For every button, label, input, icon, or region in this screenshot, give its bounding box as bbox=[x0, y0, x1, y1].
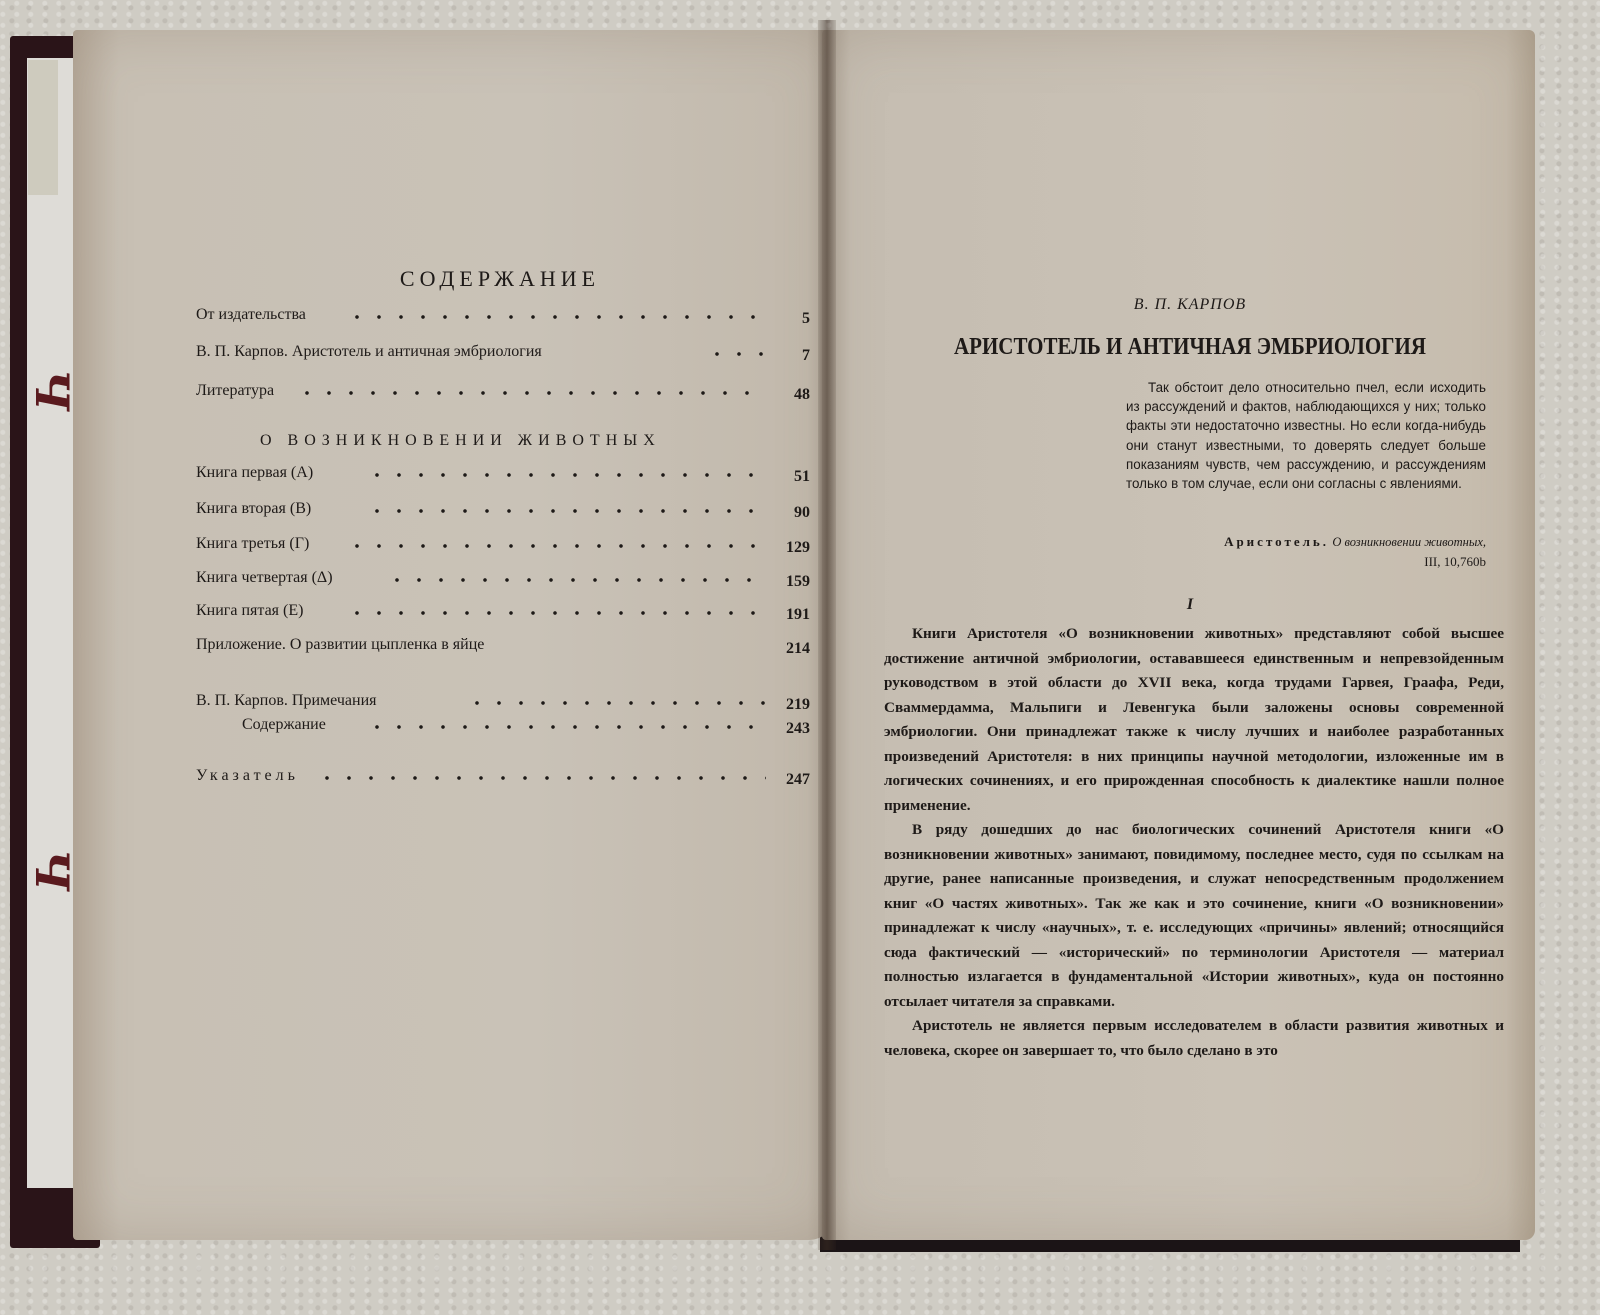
leader-dots bbox=[466, 700, 766, 706]
epigraph-work: О возникновении животных, bbox=[1332, 535, 1486, 549]
book-gutter bbox=[818, 20, 836, 1250]
flyleaf-decoration: Ч bbox=[25, 369, 79, 405]
section-number: I bbox=[880, 596, 1500, 614]
toc-title: СОДЕРЖАНИЕ bbox=[180, 266, 820, 292]
toc-entry-label: Содержание bbox=[242, 716, 326, 734]
paragraph: В ряду дошедших до нас биологических соч… bbox=[884, 818, 1504, 1014]
paragraph: Книги Аристотеля «О возникновении животн… bbox=[884, 622, 1504, 818]
toc-entry-label: Книга третья (Г) bbox=[196, 535, 309, 553]
tape-strip bbox=[28, 60, 58, 195]
toc-entry-page: 214 bbox=[786, 640, 810, 658]
toc-entry: В. П. Карпов. Аристотель и античная эмбр… bbox=[196, 343, 810, 367]
toc-entry-label: В. П. Карпов. Аристотель и античная эмбр… bbox=[196, 343, 542, 361]
toc-entry-label: Литература bbox=[196, 382, 274, 400]
toc-entry-label: Приложение. О развитии цыпленка в яйце bbox=[196, 636, 484, 654]
epigraph-reference: III, 10,760b bbox=[1424, 554, 1486, 569]
toc-entry-label: Книга первая (А) bbox=[196, 464, 313, 482]
toc-entry: Приложение. О развитии цыпленка в яйце 2… bbox=[196, 636, 810, 660]
toc-entry: Книга пятая (Е) 191 bbox=[196, 602, 810, 626]
toc-entry: Книга четвертая (Δ) 159 bbox=[196, 569, 810, 593]
toc-entry-label: Указатель bbox=[196, 767, 299, 785]
leader-dots bbox=[346, 314, 766, 320]
toc-entry: Книга третья (Г) 129 bbox=[196, 535, 810, 559]
toc-entry-label: Книга четвертая (Δ) bbox=[196, 569, 333, 587]
toc-entry-page: 219 bbox=[786, 696, 810, 714]
toc-entry-label: Книга пятая (Е) bbox=[196, 602, 303, 620]
toc-entry-label: В. П. Карпов. Примечания bbox=[196, 692, 376, 710]
article-author: В. П. КАРПОВ bbox=[880, 296, 1500, 314]
toc-entry-label: От издательства bbox=[196, 306, 306, 324]
leader-dots bbox=[386, 577, 766, 583]
article-title: АРИСТОТЕЛЬ И АНТИЧНАЯ ЭМБРИОЛОГИЯ bbox=[880, 332, 1500, 361]
toc-entry: Книга первая (А) 51 bbox=[196, 464, 810, 488]
leader-dots bbox=[346, 610, 766, 616]
toc-entry: Литература 48 bbox=[196, 382, 810, 406]
toc-entry: В. П. Карпов. Примечания 219 bbox=[196, 692, 810, 716]
epigraph-source: Аристотель. О возникновении животных, II… bbox=[1110, 532, 1486, 572]
toc-entry-page: 129 bbox=[786, 539, 810, 557]
toc-entry: От издательства 5 bbox=[196, 306, 810, 330]
article-body: Книги Аристотеля «О возникновении животн… bbox=[884, 622, 1504, 1063]
leader-dots bbox=[316, 775, 766, 781]
toc-section-title: О ВОЗНИКНОВЕНИИ ЖИВОТНЫХ bbox=[260, 432, 760, 450]
toc-entry: Книга вторая (В) 90 bbox=[196, 500, 810, 524]
toc-entry-page: 159 bbox=[786, 573, 810, 591]
leader-dots bbox=[296, 390, 766, 396]
toc-entry-page: 191 bbox=[786, 606, 810, 624]
leader-dots bbox=[366, 508, 766, 514]
left-page bbox=[73, 30, 838, 1240]
epigraph-text: Так обстоит дело относительно пчел, если… bbox=[1126, 378, 1486, 493]
leader-dots bbox=[706, 351, 766, 357]
toc-entry: Содержание 243 bbox=[196, 716, 810, 740]
flyleaf-decoration: Ч bbox=[25, 849, 79, 885]
toc-entry-page: 243 bbox=[786, 720, 810, 738]
paragraph: Аристотель не является первым исследоват… bbox=[884, 1014, 1504, 1063]
leader-dots bbox=[346, 543, 766, 549]
leader-dots bbox=[366, 724, 766, 730]
toc-entry-label: Книга вторая (В) bbox=[196, 500, 311, 518]
toc-entry-page: 90 bbox=[794, 504, 810, 522]
toc-entry-page: 7 bbox=[802, 347, 810, 365]
epigraph: Так обстоит дело относительно пчел, если… bbox=[1126, 378, 1486, 493]
toc-entry-page: 51 bbox=[794, 468, 810, 486]
epigraph-author: Аристотель. bbox=[1224, 534, 1329, 549]
leader-dots bbox=[366, 472, 766, 478]
toc-entry-page: 247 bbox=[786, 771, 810, 789]
toc-entry-page: 48 bbox=[794, 386, 810, 404]
toc-entry: Указатель 247 bbox=[196, 767, 810, 791]
flyleaf bbox=[27, 58, 77, 1188]
toc-entry-page: 5 bbox=[802, 310, 810, 328]
